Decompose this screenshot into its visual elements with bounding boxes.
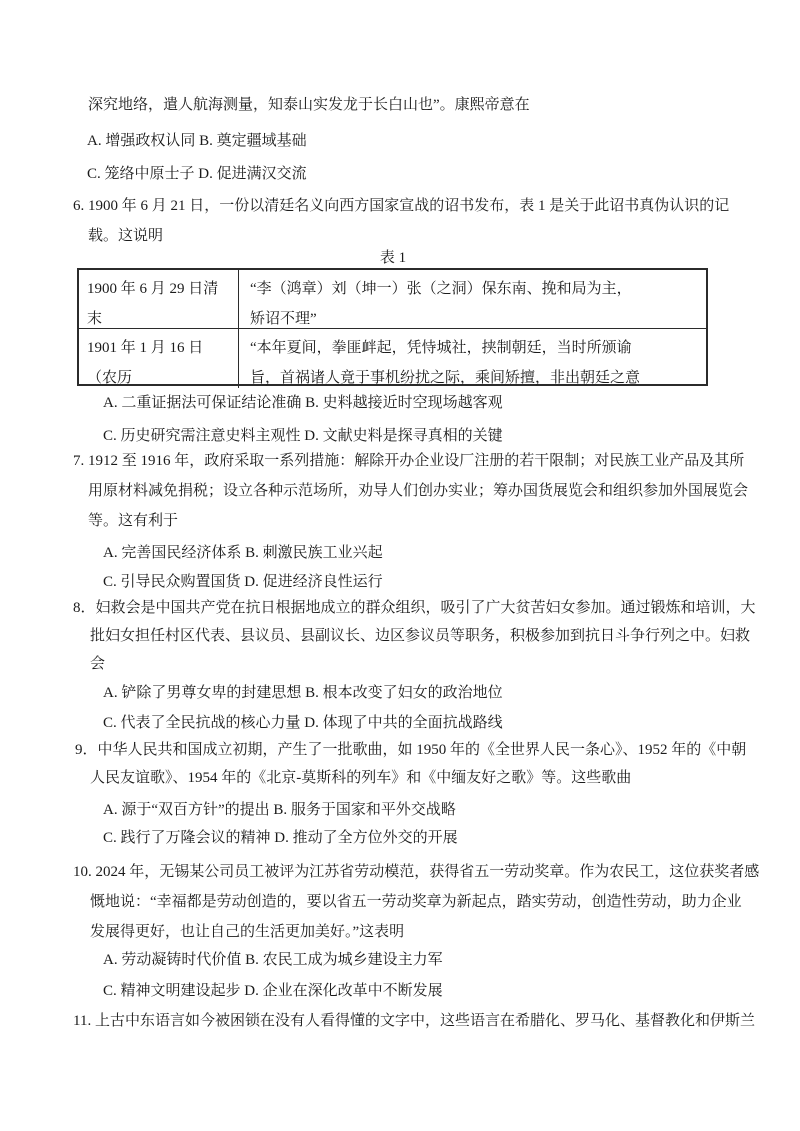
question-10-stem-line-1: 10. 2024 年，无锡某公司员工被评为江苏省劳动模范，获得省五一劳动奖章。作… — [73, 862, 759, 882]
question-6-options-cd: C. 历史研究需注意史料主观性 D. 文献史料是探寻真相的关键 — [103, 426, 503, 446]
question-6-stem-line-2: 载。这说明 — [88, 226, 163, 246]
question-11-stem-line-1: 11. 上古中东语言如今被困锁在没有人看得懂的文字中，这些语言在希腊化、罗马化、… — [73, 1011, 755, 1031]
table-row2-content-cell: “本年夏间，拳匪衅起，凭恃城社，挟制朝廷，当时所颁谕 旨，首祸诸人竟于事机纷扰之… — [239, 329, 706, 388]
question-9-stem-line-1: 9．中华人民共和国成立初期，产生了一批歌曲，如 1950 年的《全世界人民一条心… — [75, 740, 746, 760]
question-8-stem-line-1: 8．妇救会是中国共产党在抗日根据地成立的群众组织，吸引了广大贫苦妇女参加。通过锻… — [73, 598, 756, 618]
question-8-stem-line-3: 会 — [90, 654, 105, 674]
question-9-options-ab: A. 源于“双百方针”的提出 B. 服务于国家和平外交战略 — [103, 800, 456, 820]
question-5-options-cd: C. 笼络中原士子 D. 促进满汉交流 — [87, 164, 307, 184]
question-7-options-ab: A. 完善国民经济体系 B. 刺激民族工业兴起 — [103, 543, 383, 563]
question-6-stem-line-1: 6. 1900 年 6 月 21 日，一份以清廷名义向西方国家宣战的诏书发布，表… — [73, 196, 729, 216]
question-7-stem-line-3: 等。这有利于 — [88, 511, 178, 531]
question-10-options-cd: C. 精神文明建设起步 D. 企业在深化改革中不断发展 — [103, 981, 443, 1001]
question-8-stem-line-2: 批妇女担任村区代表、县议员、县副议长、边区参议员等职务，积极参加到抗日斗争行列之… — [90, 626, 750, 646]
question-10-stem-line-3: 发展得更好，也让自己的生活更加美好。”这表明 — [90, 922, 404, 942]
question-10-options-ab: A. 劳动凝铸时代价值 B. 农民工成为城乡建设主力军 — [103, 950, 443, 970]
question-5-options-ab: A. 增强政权认同 B. 奠定疆域基础 — [87, 131, 307, 151]
question-6-source-table: 1900 年 6 月 29 日清末 官员盛宣怀 “李（鸿章）刘（坤一）张（之洞）… — [77, 268, 708, 386]
table-row1-content-cell: “李（鸿章）刘（坤一）张（之洞）保东南、挽和局为主， 矫诏不理” — [239, 270, 706, 329]
question-9-options-cd: C. 践行了万隆会议的精神 D. 推动了全方位外交的开展 — [103, 828, 458, 848]
exam-paper-page: 深究地络，遣人航海测量，知泰山实发龙于长白山也”。康熙帝意在 A. 增强政权认同… — [0, 0, 800, 1131]
table-1-caption: 表 1 — [0, 246, 786, 267]
question-10-stem-line-2: 慨地说：“幸福都是劳动创造的，要以省五一劳动奖章为新起点，踏实劳动，创造性劳动，… — [90, 892, 742, 912]
question-7-stem-line-2: 用原材料减免捐税；设立各种示范场所，劝导人们创办实业；筹办国货展览会和组织参加外… — [88, 481, 748, 501]
question-7-options-cd: C. 引导民众购置国货 D. 促进经济良性运行 — [103, 572, 383, 592]
table-row1-source-cell: 1900 年 6 月 29 日清末 官员盛宣怀 — [79, 270, 239, 329]
question-8-options-ab: A. 铲除了男尊女卑的封建思想 B. 根本改变了妇女的政治地位 — [103, 683, 503, 703]
table-row2-source-cell: 1901 年 1 月 16 日（农历 十一月二十六日）清政府 — [79, 329, 239, 388]
question-9-stem-line-2: 人民友谊歌》、1954 年的《北京-莫斯科的列车》和《中缅友好之歌》等。这些歌曲 — [90, 768, 631, 788]
question-5-stem-continuation: 深究地络，遣人航海测量，知泰山实发龙于长白山也”。康熙帝意在 — [88, 95, 530, 115]
question-6-options-ab: A. 二重证据法可保证结论准确 B. 史料越接近时空现场越客观 — [103, 393, 503, 413]
question-8-options-cd: C. 代表了全民抗战的核心力量 D. 体现了中共的全面抗战路线 — [103, 713, 503, 733]
question-7-stem-line-1: 7. 1912 至 1916 年，政府采取一系列措施：解除开办企业设厂注册的若干… — [73, 451, 744, 471]
